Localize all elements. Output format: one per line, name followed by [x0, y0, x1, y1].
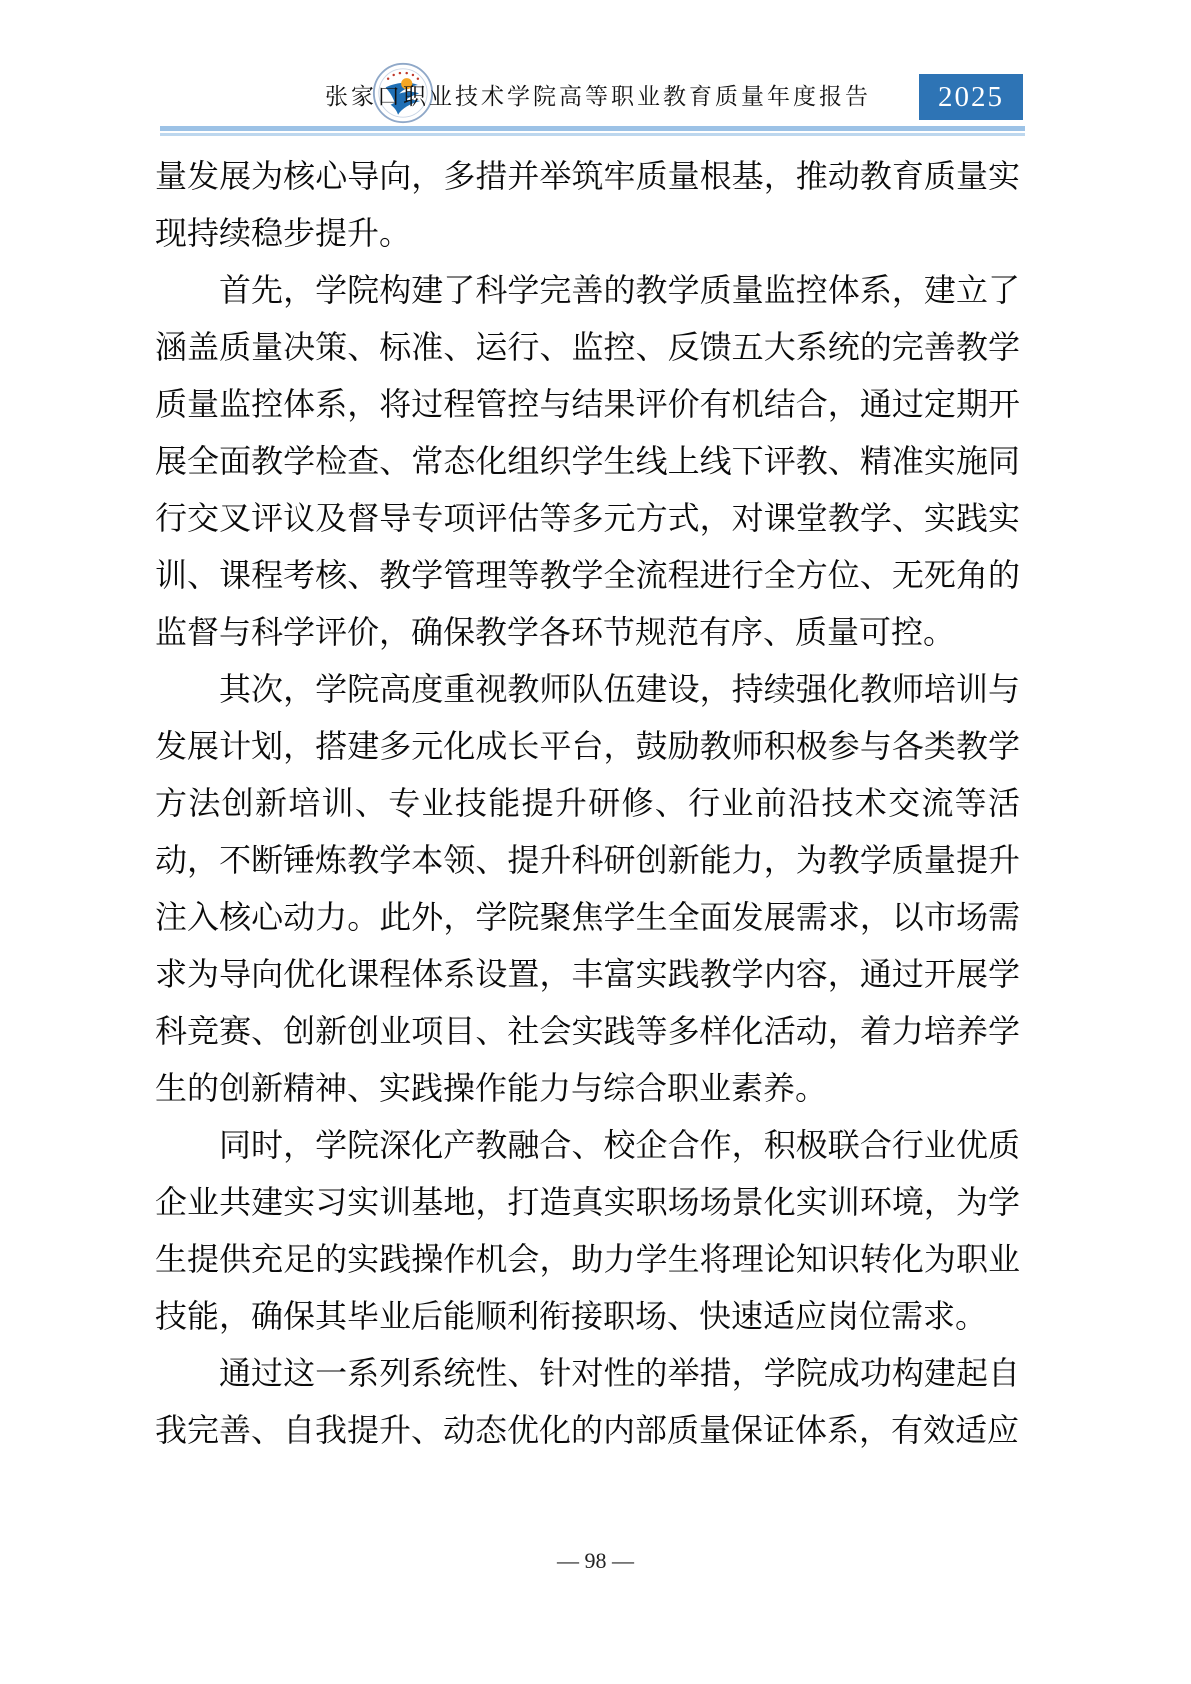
- paragraph: 量发展为核心导向，多措并举筑牢质量根基，推动教育质量实现持续稳步提升。: [155, 148, 1020, 262]
- header-divider: [160, 126, 1025, 136]
- paragraph: 首先，学院构建了科学完善的教学质量监控体系，建立了涵盖质量决策、标准、运行、监控…: [155, 262, 1020, 661]
- header-divider-bottom: [160, 133, 1025, 136]
- page-number: — 98 —: [0, 1548, 1191, 1574]
- year-badge: 2025: [919, 74, 1023, 120]
- document-page: 张家口职业技术学院高等职业教育质量年度报告 2025 量发展为核心导向，多措并举…: [0, 0, 1191, 1684]
- paragraph: 通过这一系列系统性、针对性的举措，学院成功构建起自我完善、自我提升、动态优化的内…: [155, 1345, 1020, 1459]
- report-title: 张家口职业技术学院高等职业教育质量年度报告: [325, 78, 871, 111]
- paragraph: 其次，学院高度重视教师队伍建设，持续强化教师培训与发展计划，搭建多元化成长平台，…: [155, 661, 1020, 1117]
- document-body: 量发展为核心导向，多措并举筑牢质量根基，推动教育质量实现持续稳步提升。 首先，学…: [155, 148, 1020, 1459]
- paragraph: 同时，学院深化产教融合、校企合作，积极联合行业优质企业共建实习实训基地，打造真实…: [155, 1117, 1020, 1345]
- page-header: 张家口职业技术学院高等职业教育质量年度报告 2025: [160, 58, 1023, 126]
